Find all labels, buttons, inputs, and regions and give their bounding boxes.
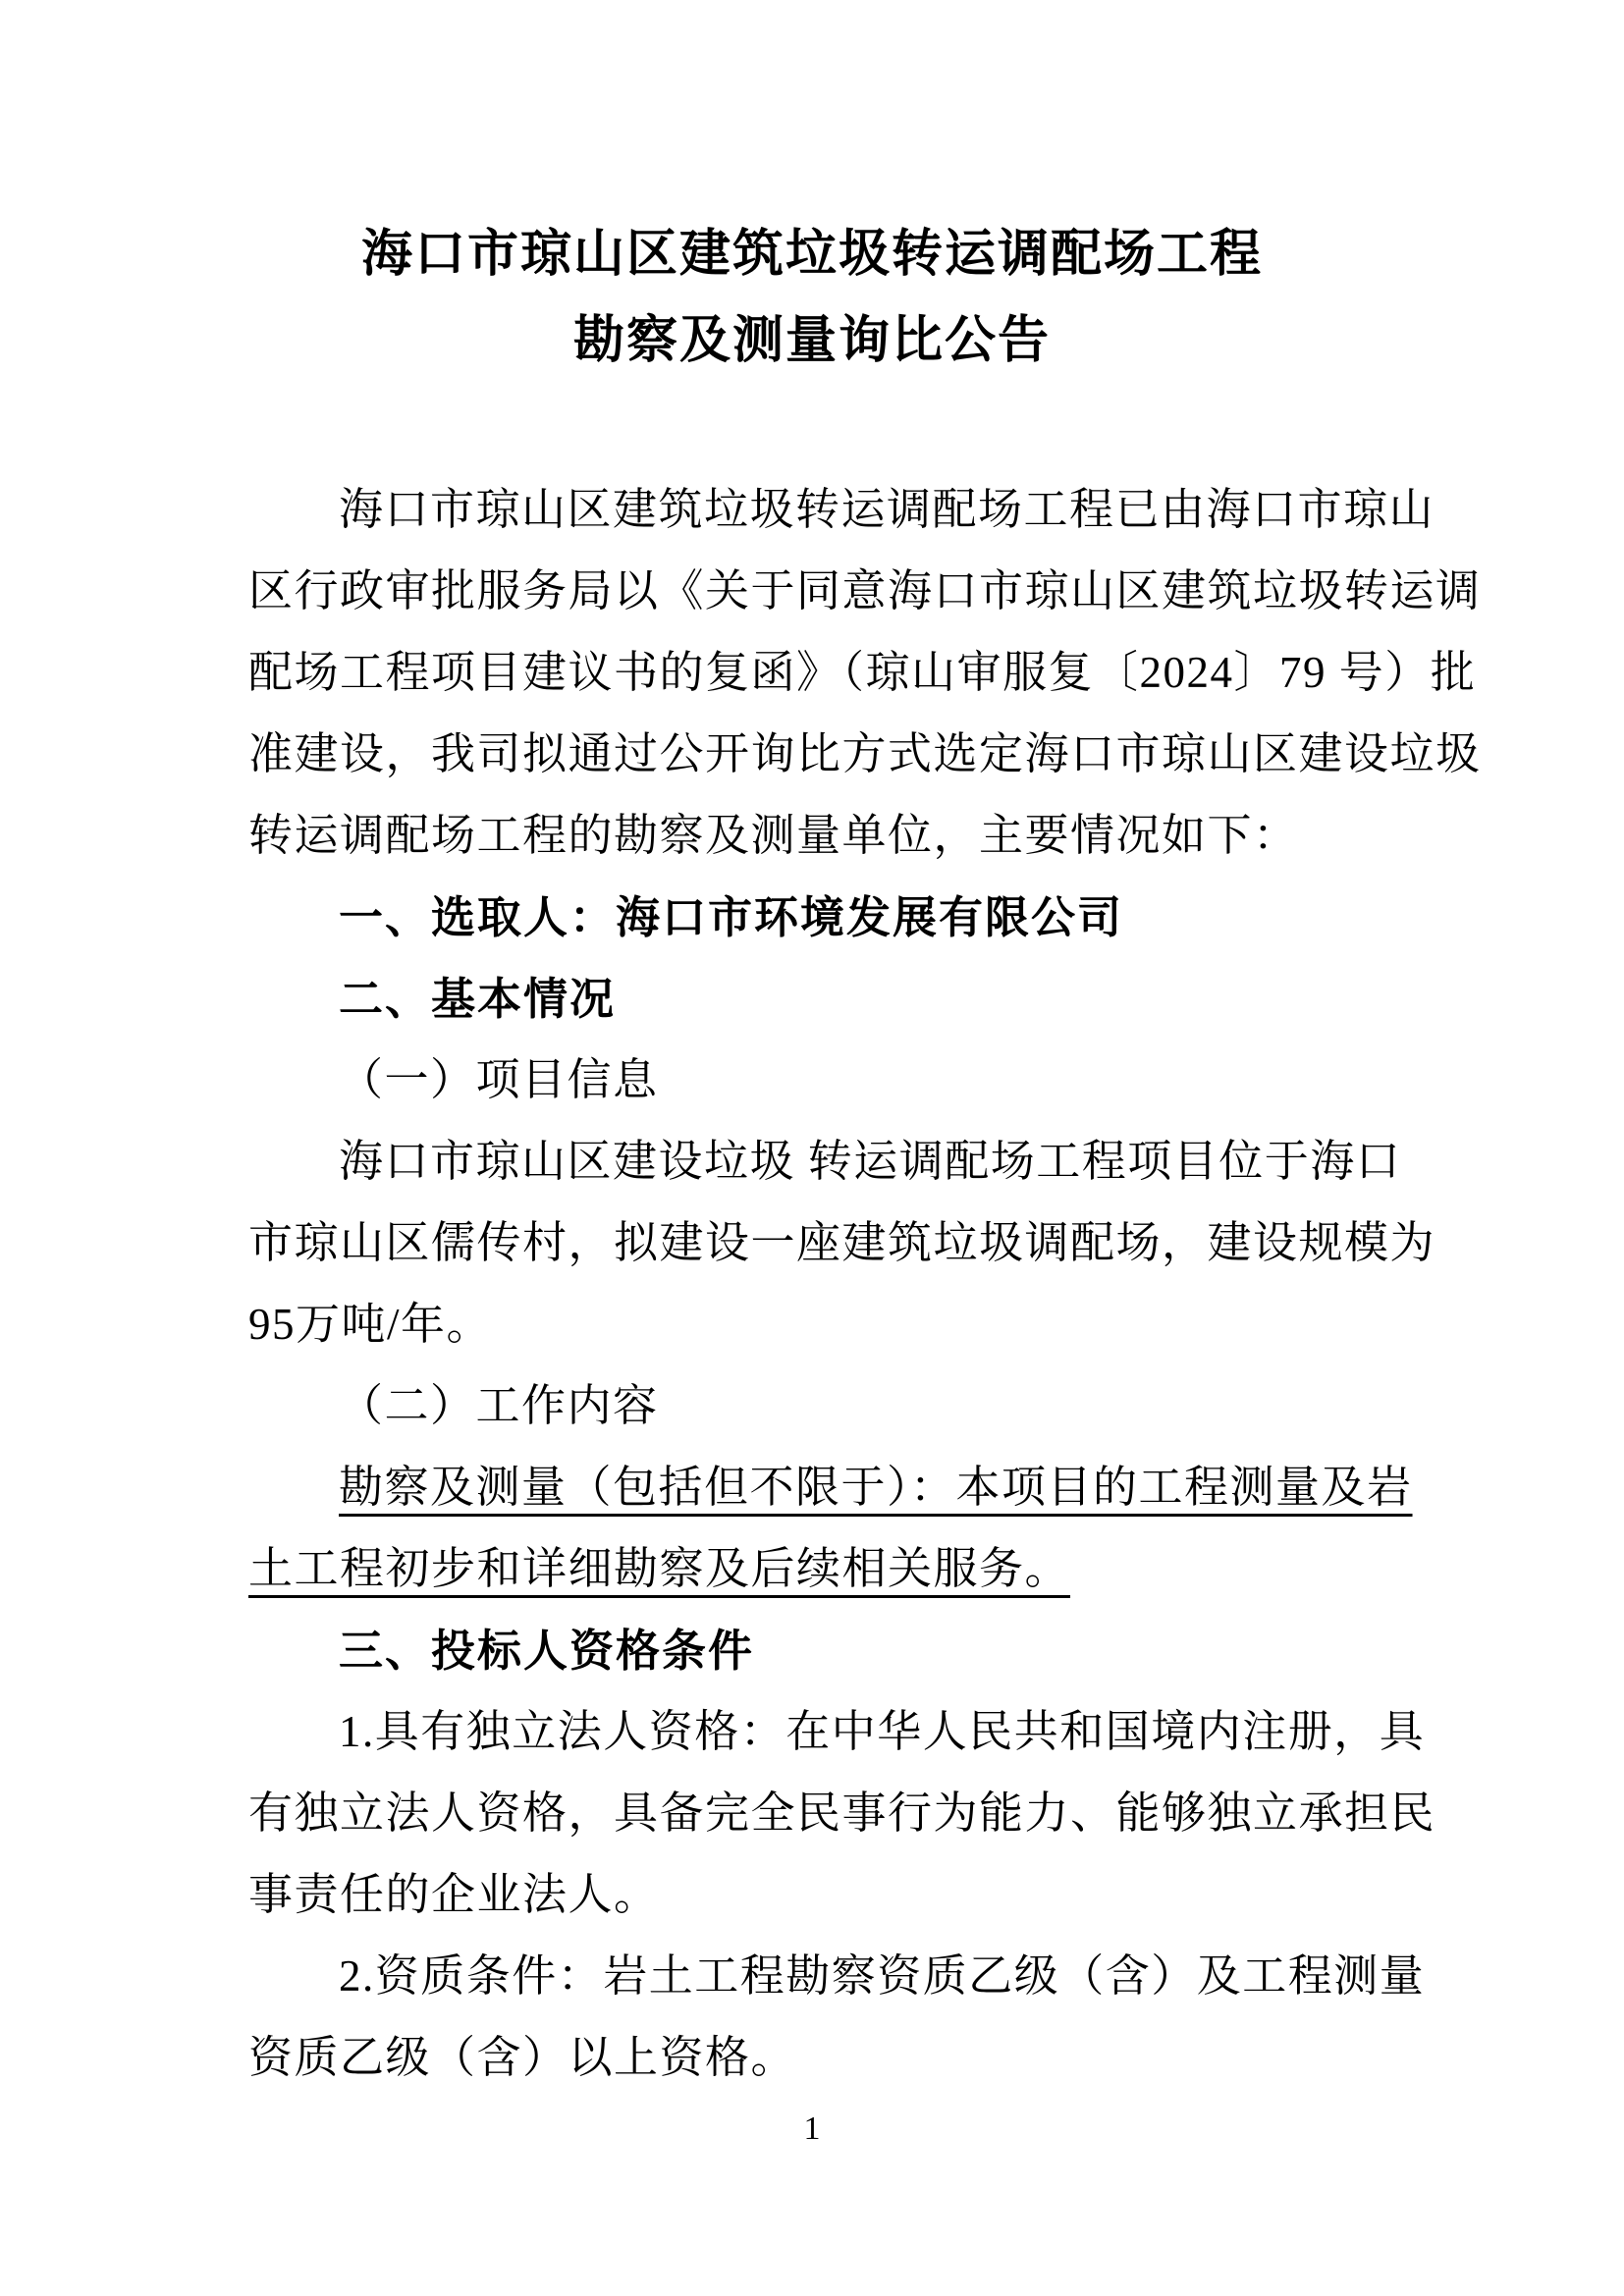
text-line: 市琼山区儒传村，拟建设一座建筑垃圾调配场，建设规模为 — [248, 1202, 1392, 1284]
body-lines: 海口市琼山区建筑垃圾转运调配场工程已由海口市琼山区行政审批服务局以《关于同意海口… — [248, 469, 1392, 2099]
text-line: 二、基本情况 — [248, 958, 1392, 1040]
text-line: 土工程初步和详细勘察及后续相关服务。 — [248, 1528, 1392, 1610]
text-line: 2.资质条件：岩土工程勘察资质乙级（含）及工程测量 — [248, 1936, 1392, 2017]
text-line: 一、选取人：海口市环境发展有限公司 — [248, 877, 1392, 958]
document-page: 海口市琼山区建筑垃圾转运调配场工程 勘察及测量询比公告 海口市琼山区建筑垃圾转运… — [0, 0, 1624, 2296]
text-line: 事责任的企业法人。 — [248, 1854, 1392, 1936]
text-line: 三、投标人资格条件 — [248, 1610, 1392, 1691]
text-line: （一）项目信息 — [248, 1040, 1392, 1121]
text-line: 转运调配场工程的勘察及测量单位，主要情况如下： — [248, 795, 1392, 877]
text-line: 配场工程项目建议书的复函》（琼山审服复〔2024〕79 号）批 — [248, 632, 1392, 714]
text-line: （二）工作内容 — [248, 1365, 1392, 1447]
document-title-line-2: 勘察及测量询比公告 — [0, 298, 1624, 385]
page-number: 1 — [0, 2110, 1624, 2148]
text-line: 海口市琼山区建设垃圾 转运调配场工程项目位于海口 — [248, 1121, 1392, 1202]
text-line: 勘察及测量（包括但不限于）：本项目的工程测量及岩 — [248, 1447, 1392, 1528]
text-line: 资质乙级（含）以上资格。 — [248, 2017, 1392, 2099]
document-title: 海口市琼山区建筑垃圾转运调配场工程 勘察及测量询比公告 — [0, 212, 1624, 385]
text-line: 95万吨/年。 — [248, 1284, 1392, 1365]
text-line: 区行政审批服务局以《关于同意海口市琼山区建筑垃圾转运调 — [248, 551, 1392, 632]
text-line: 准建设，我司拟通过公开询比方式选定海口市琼山区建设垃圾 — [248, 714, 1392, 795]
document-title-line-1: 海口市琼山区建筑垃圾转运调配场工程 — [0, 212, 1624, 298]
text-line: 1.具有独立法人资格：在中华人民共和国境内注册，具 — [248, 1691, 1392, 1773]
text-line: 有独立法人资格，具备完全民事行为能力、能够独立承担民 — [248, 1773, 1392, 1854]
text-line: 海口市琼山区建筑垃圾转运调配场工程已由海口市琼山 — [248, 469, 1392, 551]
